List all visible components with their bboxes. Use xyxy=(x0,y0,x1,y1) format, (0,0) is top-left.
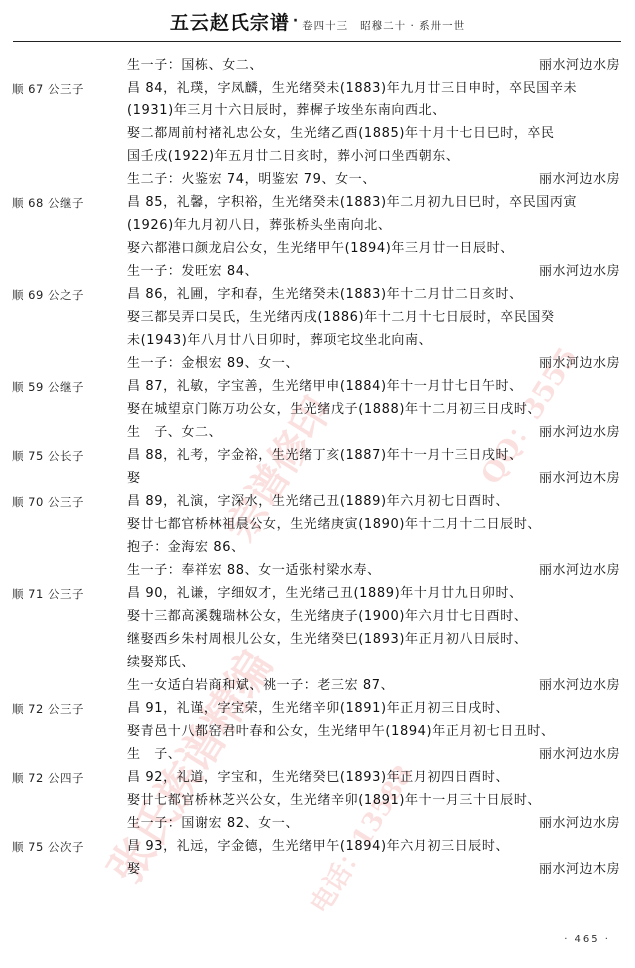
lineage-label: 顺 75 公次子 xyxy=(12,837,84,857)
entry-line: 生一子：国栋、女二、丽水河边水房 xyxy=(0,56,635,76)
entry-line: 未(1943)年八月廿八日卯时，葬项宅坟坐北向南、 xyxy=(0,331,635,351)
entry-line: 生二子：火鉴宏 74，明鉴宏 79、女一、丽水河边水房 xyxy=(0,170,635,190)
branch-label: 丽水河边水房 xyxy=(539,170,620,190)
entry-text: 未(1943)年八月廿八日卯时，葬项宅坟坐北向南、 xyxy=(127,331,432,351)
entry-line: 继娶西乡朱村周根儿公女，生光绪癸巳(1893)年正月初八日辰时、 xyxy=(0,630,635,650)
lineage-label: 顺 59 公继子 xyxy=(12,377,84,397)
entry-text: 昌 92，礼道，字宝和，生光绪癸巳(1893)年正月初四日酉时、 xyxy=(127,768,509,788)
lineage-label: 顺 75 公长子 xyxy=(12,446,84,466)
entry-line: 顺 68 公继子昌 85，礼馨，字积裕，生光绪癸未(1883)年二月初九日巳时，… xyxy=(0,193,635,213)
entry-text: 娶 xyxy=(127,860,141,880)
lineage-label: 顺 68 公继子 xyxy=(12,193,84,213)
entry-line: 生 子、丽水河边水房 xyxy=(0,745,635,765)
entry-text: 娶三都吴弄口吴氏，生光绪丙戌(1886)年十二月十七日辰时，卒民国癸 xyxy=(127,308,555,328)
entry-line: 生一子：奉祥宏 88、女一适张村梁水寿、丽水河边水房 xyxy=(0,561,635,581)
entry-line: 娶三都吴弄口吴氏，生光绪丙戌(1886)年十二月十七日辰时，卒民国癸 xyxy=(0,308,635,328)
branch-label: 丽水河边水房 xyxy=(539,56,620,76)
entry-line: 娶廿七都官桥林祖晨公女，生光绪庚寅(1890)年十二月十二日辰时、 xyxy=(0,515,635,535)
branch-label: 丽水河边木房 xyxy=(539,469,620,489)
branch-label: 丽水河边木房 xyxy=(539,860,620,880)
branch-label: 丽水河边水房 xyxy=(539,354,620,374)
entry-line: (1931)年三月十六日辰时，葬樨子垵坐东南向西北、 xyxy=(0,101,635,121)
entry-text: 娶二都周前村褚礼忠公女，生光绪乙酉(1885)年十月十七日巳时，卒民 xyxy=(127,124,555,144)
entry-line: 顺 71 公三子昌 90，礼谦，字细奴才，生光绪己丑(1889)年十月廿九日卯时… xyxy=(0,584,635,604)
entry-line: 顺 69 公之子昌 86，礼圃，字和春，生光绪癸未(1883)年十二月廿二日亥时… xyxy=(0,285,635,305)
entry-line: 生一子：国谢宏 82、女一、丽水河边水房 xyxy=(0,814,635,834)
entry-text: 国壬戌(1922)年五月廿二日亥时，葬小河口坐西朝东、 xyxy=(127,147,459,167)
entry-line: 生一女适白岩商和斌、祧一子：老三宏 87、丽水河边水房 xyxy=(0,676,635,696)
branch-label: 丽水河边水房 xyxy=(539,745,620,765)
entry-text: 昌 88，礼考，字金裕，生光绪丁亥(1887)年十一月十三日戌时、 xyxy=(127,446,523,466)
branch-label: 丽水河边水房 xyxy=(539,814,620,834)
entry-text: (1926)年九月初八日，葬张桥头坐南向北、 xyxy=(127,216,391,236)
entry-line: 娶丽水河边木房 xyxy=(0,860,635,880)
entry-text: 继娶西乡朱村周根儿公女，生光绪癸巳(1893)年正月初八日辰时、 xyxy=(127,630,527,650)
entry-text: 娶青邑十八都窑君叶春和公女，生光绪甲午(1894)年正月初七日丑时、 xyxy=(127,722,555,742)
entry-line: 生一子：金根宏 89、女一、丽水河边水房 xyxy=(0,354,635,374)
entry-text: 昌 93，礼远，字金德，生光绪甲午(1894)年六月初三日辰时、 xyxy=(127,837,509,857)
branch-label: 丽水河边水房 xyxy=(539,262,620,282)
entry-text: 娶 xyxy=(127,469,141,489)
entry-text: 生一女适白岩商和斌、祧一子：老三宏 87、 xyxy=(127,676,394,696)
lineage-label: 顺 70 公三子 xyxy=(12,492,84,512)
entry-text: 生一子：国栋、女二、 xyxy=(127,56,263,76)
entry-text: 生 子、 xyxy=(127,745,181,765)
entry-line: 娶青邑十八都窑君叶春和公女，生光绪甲午(1894)年正月初七日丑时、 xyxy=(0,722,635,742)
entry-line: 顺 70 公三子昌 89，礼演，字深水，生光绪己丑(1889)年六月初七日酉时、 xyxy=(0,492,635,512)
lineage-label: 顺 67 公三子 xyxy=(12,79,84,99)
lineage-label: 顺 69 公之子 xyxy=(12,285,84,305)
entry-text: 昌 89，礼演，字深水，生光绪己丑(1889)年六月初七日酉时、 xyxy=(127,492,509,512)
entry-line: (1926)年九月初八日，葬张桥头坐南向北、 xyxy=(0,216,635,236)
entry-text: 昌 85，礼馨，字积裕，生光绪癸未(1883)年二月初九日巳时，卒民国丙寅 xyxy=(127,193,577,213)
entry-text: 娶廿七都官桥林芝兴公女，生光绪辛卯(1891)年十一月三十日辰时、 xyxy=(127,791,541,811)
entry-text: 生一子：国谢宏 82、女一、 xyxy=(127,814,299,834)
entry-line: 顺 75 公次子昌 93，礼远，字金德，生光绪甲午(1894)年六月初三日辰时、 xyxy=(0,837,635,857)
lineage-label: 顺 71 公三子 xyxy=(12,584,84,604)
entry-line: 顺 72 公三子昌 91，礼谨，字宝荣，生光绪辛卯(1891)年正月初三日戌时、 xyxy=(0,699,635,719)
entry-text: 生二子：火鉴宏 74，明鉴宏 79、女一、 xyxy=(127,170,376,190)
branch-label: 丽水河边水房 xyxy=(539,561,620,581)
lineage-label: 顺 72 公四子 xyxy=(12,768,84,788)
entry-line: 顺 72 公四子昌 92，礼道，字宝和，生光绪癸巳(1893)年正月初四日酉时、 xyxy=(0,768,635,788)
entry-text: 昌 87，礼敏，字宝善，生光绪甲申(1884)年十一月廿七日午时、 xyxy=(127,377,523,397)
lineage-label: 顺 72 公三子 xyxy=(12,699,84,719)
entry-line: 生一子：发旺宏 84、丽水河边水房 xyxy=(0,262,635,282)
entry-text: 昌 91，礼谨，字宝荣，生光绪辛卯(1891)年正月初三日戌时、 xyxy=(127,699,509,719)
entry-line: 顺 67 公三子昌 84，礼璞，字凤麟，生光绪癸未(1883)年九月廿三日申时，… xyxy=(0,79,635,99)
entry-text: 娶六都港口颜龙启公女，生光绪甲午(1894)年三月廿一日辰时、 xyxy=(127,239,514,259)
entry-text: 续娶郑氏、 xyxy=(127,653,195,673)
entry-line: 抱子：金海宏 86、 xyxy=(0,538,635,558)
entry-text: 娶十三都高溪魏瑞林公女，生光绪庚子(1900)年六月廿七日酉时、 xyxy=(127,607,527,627)
entry-line: 娶丽水河边木房 xyxy=(0,469,635,489)
branch-label: 丽水河边水房 xyxy=(539,676,620,696)
entry-line: 生 子、女二、丽水河边水房 xyxy=(0,423,635,443)
entry-line: 顺 59 公继子昌 87，礼敏，字宝善，生光绪甲申(1884)年十一月廿七日午时… xyxy=(0,377,635,397)
entry-line: 娶二都周前村褚礼忠公女，生光绪乙酉(1885)年十月十七日巳时，卒民 xyxy=(0,124,635,144)
entry-line: 娶十三都高溪魏瑞林公女，生光绪庚子(1900)年六月廿七日酉时、 xyxy=(0,607,635,627)
entry-text: 娶在城望京门陈万功公女，生光绪戊子(1888)年十二月初三日戌时、 xyxy=(127,400,541,420)
branch-label: 丽水河边水房 xyxy=(539,423,620,443)
entry-text: 生一子：奉祥宏 88、女一适张村梁水寿、 xyxy=(127,561,381,581)
entry-line: 续娶郑氏、 xyxy=(0,653,635,673)
entry-text: (1931)年三月十六日辰时，葬樨子垵坐东南向西北、 xyxy=(127,101,446,121)
entry-line: 娶廿七都官桥林芝兴公女，生光绪辛卯(1891)年十一月三十日辰时、 xyxy=(0,791,635,811)
entry-text: 生 子、女二、 xyxy=(127,423,222,443)
entry-text: 昌 86，礼圃，字和春，生光绪癸未(1883)年十二月廿二日亥时、 xyxy=(127,285,523,305)
entry-text: 抱子：金海宏 86、 xyxy=(127,538,245,558)
genealogy-entries: 生一子：国栋、女二、丽水河边水房顺 67 公三子昌 84，礼璞，字凤麟，生光绪癸… xyxy=(0,0,635,968)
entry-line: 顺 75 公长子昌 88，礼考，字金裕，生光绪丁亥(1887)年十一月十三日戌时… xyxy=(0,446,635,466)
entry-line: 娶六都港口颜龙启公女，生光绪甲午(1894)年三月廿一日辰时、 xyxy=(0,239,635,259)
entry-text: 生一子：发旺宏 84、 xyxy=(127,262,258,282)
entry-text: 昌 84，礼璞，字凤麟，生光绪癸未(1883)年九月廿三日申时，卒民国辛未 xyxy=(127,79,577,99)
entry-line: 娶在城望京门陈万功公女，生光绪戊子(1888)年十二月初三日戌时、 xyxy=(0,400,635,420)
entry-text: 昌 90，礼谦，字细奴才，生光绪己丑(1889)年十月廿九日卯时、 xyxy=(127,584,523,604)
entry-line: 国壬戌(1922)年五月廿二日亥时，葬小河口坐西朝东、 xyxy=(0,147,635,167)
entry-text: 生一子：金根宏 89、女一、 xyxy=(127,354,299,374)
entry-text: 娶廿七都官桥林祖晨公女，生光绪庚寅(1890)年十二月十二日辰时、 xyxy=(127,515,541,535)
page-number: · 465 · xyxy=(564,934,610,945)
